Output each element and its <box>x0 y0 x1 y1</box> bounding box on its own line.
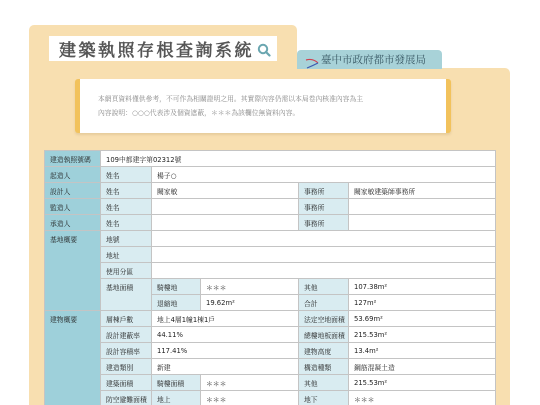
lot-value <box>152 231 496 247</box>
table-row-building-type: 建造類別 新建 構造種類 鋼筋混凝土造 <box>45 359 496 375</box>
supervisor-office-label: 事務所 <box>299 199 349 215</box>
open-space-label: 法定空地面積 <box>299 311 349 327</box>
designer-office: 闕家敏建築師事務所 <box>349 183 496 199</box>
zoning-label: 使用分區 <box>101 263 152 279</box>
disclaimer-notice: 本網頁資料僅供參考，不可作為相關證明之用。其實際內容仍需以本局卷內核准內容為主 … <box>75 79 451 133</box>
table-row-permit: 建造執照號碼 109中都建字第02312號 <box>45 151 496 167</box>
supervisor-office <box>349 199 496 215</box>
total-floor-label: 總樓地板面積 <box>299 327 349 343</box>
setback-label: 退縮地 <box>152 295 201 311</box>
above-label: 地上 <box>152 391 201 405</box>
table-row-site-area-1: 基地面積 騎樓地 ＊＊＊ 其他 107.38m² <box>45 279 496 295</box>
setback-value: 19.62m² <box>201 295 299 311</box>
table-row-site-address: 地址 <box>45 247 496 263</box>
build-other-label: 其他 <box>299 375 349 391</box>
zoning-value <box>152 263 496 279</box>
site-other-value: 107.38m² <box>349 279 496 295</box>
lot-label: 地號 <box>101 231 152 247</box>
table-row-building-coverage: 設計建蔽率 44.11% 總樓地板面積 215.53m² <box>45 327 496 343</box>
address-value <box>152 247 496 263</box>
floors-value: 地上4層1幢1棟1戶 <box>152 311 299 327</box>
below-value: ＊＊＊ <box>349 391 496 405</box>
permit-value: 109中都建字第02312號 <box>101 151 496 167</box>
taichung-logo-icon <box>305 54 319 66</box>
site-area-label: 基地面積 <box>101 279 152 311</box>
owner-name-label: 姓名 <box>101 167 152 183</box>
structure-label: 構造種類 <box>299 359 349 375</box>
supervisor-name-label: 姓名 <box>101 199 152 215</box>
floors-label: 層棟戶數 <box>101 311 152 327</box>
owner-name: 楊子○ <box>152 167 496 183</box>
site-other-label: 其他 <box>299 279 349 295</box>
designer-role: 設計人 <box>45 183 101 199</box>
contractor-office <box>349 215 496 231</box>
contractor-role: 承造人 <box>45 215 101 231</box>
permit-label: 建造執照號碼 <box>45 151 101 167</box>
arcade-area-value: ＊＊＊ <box>201 375 299 391</box>
site-total-label: 合計 <box>299 295 349 311</box>
table-row-building-shelter: 防空避難面積 地上 ＊＊＊ 地下 ＊＊＊ <box>45 391 496 405</box>
coverage-value: 44.11% <box>152 327 299 343</box>
page-title-box: 建築執照存根查詢系統 <box>49 36 277 61</box>
far-value: 117.41% <box>152 343 299 359</box>
table-row-designer: 設計人 姓名 闕家敏 事務所 闕家敏建築師事務所 <box>45 183 496 199</box>
owner-role: 起造人 <box>45 167 101 183</box>
agency-tab[interactable]: 臺中市政府都市發展局 <box>297 50 442 69</box>
far-label: 設計容積率 <box>101 343 152 359</box>
above-value: ＊＊＊ <box>201 391 299 405</box>
arcade-label: 騎樓地 <box>152 279 201 295</box>
table-row-site-zoning: 使用分區 <box>45 263 496 279</box>
coverage-label: 設計建蔽率 <box>101 327 152 343</box>
table-row-contractor: 承造人 姓名 事務所 <box>45 215 496 231</box>
disclaimer-line-1: 本網頁資料僅供參考，不可作為相關證明之用。其實際內容仍需以本局卷內核准內容為主 <box>98 92 446 106</box>
table-row-owner: 起造人 姓名 楊子○ <box>45 167 496 183</box>
building-summary-label: 建物概要 <box>45 311 101 405</box>
contractor-name-label: 姓名 <box>101 215 152 231</box>
open-space-value: 53.69m² <box>349 311 496 327</box>
supervisor-name <box>152 199 299 215</box>
contractor-name <box>152 215 299 231</box>
below-label: 地下 <box>299 391 349 405</box>
height-value: 13.4m² <box>349 343 496 359</box>
search-icon[interactable] <box>257 42 271 56</box>
type-value: 新建 <box>152 359 299 375</box>
table-row-building-area: 建築面積 騎樓面積 ＊＊＊ 其他 215.53m² <box>45 375 496 391</box>
structure-value: 鋼筋混凝土造 <box>349 359 496 375</box>
shelter-label: 防空避難面積 <box>101 391 152 405</box>
designer-name: 闕家敏 <box>152 183 299 199</box>
designer-name-label: 姓名 <box>101 183 152 199</box>
address-label: 地址 <box>101 247 152 263</box>
contractor-office-label: 事務所 <box>299 215 349 231</box>
build-other-value: 215.53m² <box>349 375 496 391</box>
arcade-area-label: 騎樓面積 <box>152 375 201 391</box>
permit-info-table: 建造執照號碼 109中都建字第02312號 起造人 姓名 楊子○ 設計人 姓名 … <box>44 150 496 405</box>
type-label: 建造類別 <box>101 359 152 375</box>
page-title: 建築執照存根查詢系統 <box>59 36 254 61</box>
table-row-site-lot: 基地概要 地號 <box>45 231 496 247</box>
disclaimer-line-2: 內容說明：○○○代表涉及個資遮蔽，＊＊＊為該欄位無資料內容。 <box>98 106 446 120</box>
build-area-label: 建築面積 <box>101 375 152 391</box>
height-label: 建物高度 <box>299 343 349 359</box>
total-floor-value: 215.53m² <box>349 327 496 343</box>
table-row-supervisor: 監造人 姓名 事務所 <box>45 199 496 215</box>
table-row-building-far: 設計容積率 117.41% 建物高度 13.4m² <box>45 343 496 359</box>
site-total-value: 127m² <box>349 295 496 311</box>
supervisor-role: 監造人 <box>45 199 101 215</box>
designer-office-label: 事務所 <box>299 183 349 199</box>
arcade-value: ＊＊＊ <box>201 279 299 295</box>
table-row-building-floors: 建物概要 層棟戶數 地上4層1幢1棟1戶 法定空地面積 53.69m² <box>45 311 496 327</box>
agency-name: 臺中市政府都市發展局 <box>321 52 426 67</box>
site-summary-label: 基地概要 <box>45 231 101 311</box>
